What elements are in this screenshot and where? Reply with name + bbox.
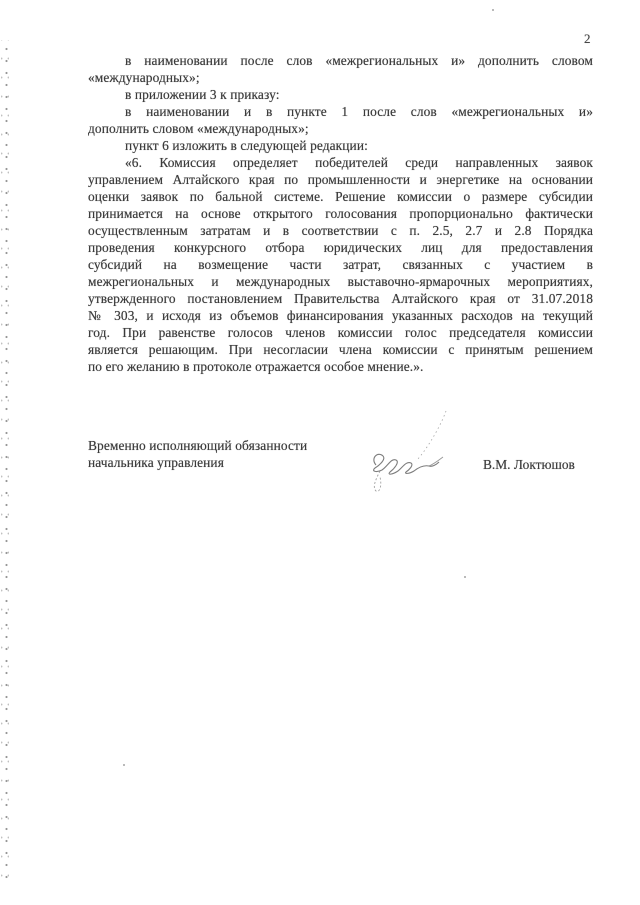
- text-line: дополнить словом «международных»;: [88, 120, 593, 137]
- text-line: пункт 6 изложить в следующей редакции:: [88, 137, 593, 154]
- document-body: в наименовании после слов «межрегиональн…: [88, 52, 593, 375]
- text-line: принимается на основе открытого голосова…: [88, 205, 593, 222]
- text-line: утвержденного постановлением Правительст…: [88, 290, 593, 307]
- scan-speck: [464, 576, 466, 578]
- text-line: по его желанию в протоколе отражается ос…: [88, 358, 593, 375]
- text-line: управлением Алтайского края по промышлен…: [88, 171, 593, 188]
- scan-artifact-edge-dots: [1, 40, 9, 885]
- text-line: в наименовании после слов «межрегиональн…: [88, 52, 593, 69]
- text-line: «международных»;: [88, 69, 593, 86]
- text-line: межрегиональных и международных выставоч…: [88, 273, 593, 290]
- text-line: проведения конкурсного отбора юридически…: [88, 239, 593, 256]
- document-page: 2 в наименовании после слов «межрегионал…: [0, 0, 640, 905]
- text-line: осуществленным затратам и в соответствии…: [88, 222, 593, 239]
- signatory-title-line: начальника управления: [88, 454, 348, 471]
- signatory-name: В.М. Локтюшов: [483, 456, 575, 473]
- text-line: в наименовании и в пункте 1 после слов «…: [88, 103, 593, 120]
- text-line: в приложении 3 к приказу:: [88, 86, 593, 103]
- text-line: «6. Комиссия определяет победителей сред…: [88, 154, 593, 171]
- text-line: год. При равенстве голосов членов комисс…: [88, 324, 593, 341]
- text-line: оценки заявок по бальной системе. Решени…: [88, 188, 593, 205]
- signatory-title-line: Временно исполняющий обязанности: [88, 437, 348, 454]
- page-number: 2: [584, 32, 591, 46]
- signature-scribble-icon: [355, 407, 455, 497]
- text-line: является решающим. При несогласии члена …: [88, 341, 593, 358]
- scan-speck: [492, 9, 494, 11]
- text-line: № 303, и исходя из объемов финансировани…: [88, 307, 593, 324]
- text-line: субсидий на возмещение части затрат, свя…: [88, 256, 593, 273]
- scan-speck: [123, 764, 125, 766]
- signatory-title: Временно исполняющий обязанности начальн…: [88, 437, 348, 471]
